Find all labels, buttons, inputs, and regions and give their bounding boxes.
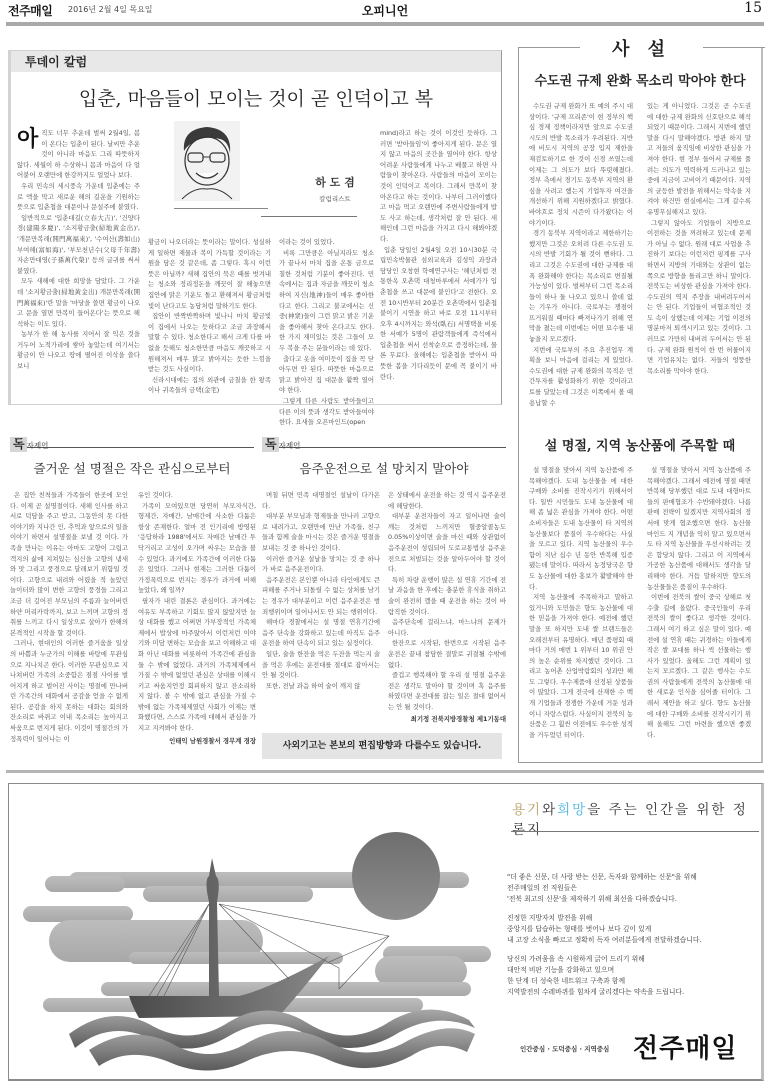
today-column-label: 투데이 칼럼: [25, 55, 87, 69]
reader-column-left: 독자제언 즐거운 설 명절은 작은 관심으로부터 온 집안 친척들과 가족들이 …: [10, 433, 254, 477]
disclaimer-notice: 사외기고는 본보의 편집방향과 다를수도 있습니다.: [262, 733, 502, 759]
slogan-underline: [511, 831, 759, 832]
ship-illustration: [9, 784, 499, 1080]
author-portrait-image: [174, 121, 240, 201]
today-column-article: 투데이 칼럼 입춘, 마음들이 모이는 것이 곧 인덕이고 복 아 직도 너무 …: [8, 50, 502, 405]
reader-right-col1: 며칠 뒤면 민족 대명절인 설날이 다가온다. 대부분 부모님과 형제들을 만나…: [262, 490, 380, 691]
reader-right-col2: 은 상태에서 운전을 하는 것 역시 음주운전에 해당한다. 대부분 운전자들이…: [388, 490, 506, 725]
portrait-divider: [174, 208, 268, 209]
dropcap: 아: [17, 128, 38, 150]
page-number: 15: [744, 0, 762, 16]
author-divider: [261, 216, 357, 217]
today-column-col3: 이라는 것이 있었다. 비록 그만큼은 아닐지라도 청소가 끝나서 마치 집을 …: [279, 237, 374, 428]
today-column-col1: 아 직도 너무 추운데 벌써 2월4일, 봄이 온다는 입춘이 된다. 날씨만 …: [17, 128, 140, 372]
ad-slogan: 용기와희망을 주는 인간을 위한 정론지: [512, 798, 761, 838]
reader-tag: 독자제언: [262, 433, 506, 448]
ad-paragraph-2: 진정한 지방자치 발전을 위해 중앙지를 답습하는 형태를 벗어나 보다 깊이 …: [507, 913, 702, 946]
reader-tag: 독자제언: [10, 433, 254, 448]
editorial-label: 사 설: [518, 35, 765, 61]
reader-left-byline: 인태익 남원경찰서 경무계 경장: [138, 736, 256, 747]
header-line-right: [703, 47, 765, 48]
reader-right-headline: 음주운전으로 설 망치지 말아야: [262, 459, 506, 477]
editorial-headline-2: 설 명절, 지역 농산품에 주목할 때: [519, 435, 761, 454]
editorial-1-col2: 있는 게 아니었다. 그것은 곧 수도권에 대한 규제 완화의 신호탄으로 해석…: [647, 101, 751, 376]
reader-column-right: 독자제언 음주운전으로 설 망치지 말아야 며칠 뒤면 민족 대명절인 설날이 …: [262, 433, 506, 477]
masthead-divider: [6, 22, 764, 26]
ad-motto: 인간중심 · 도덕중심 · 지역중심: [520, 1044, 609, 1053]
editorial-1-col1: 수도권 규제 완화가 또 예의 주시 대상이다. '규제 프리존'이 현 정부의…: [529, 101, 633, 408]
brand-logo: 전주매일: [633, 1028, 737, 1065]
reader-right-byline: 최기정 전북지방경찰청 제1기동대: [388, 714, 506, 725]
editorial-headline-1: 수도권 규제 완화 목소리 막아야 한다: [519, 70, 761, 89]
today-column-col4: mind)라고 하는 것이 이것인 듯하다. 그러면 '받아들임'이 좋아지게 …: [380, 128, 497, 382]
section-title: 오피니언: [6, 2, 764, 19]
section-divider: [6, 770, 764, 773]
reader-left-col1: 온 집안 친척들과 가족들이 한곳에 모인다. 이제 곧 설명절이다. 새해 인…: [10, 490, 128, 744]
editorial-2-col1: 설 명절을 맞아서 지역 농산품에 주목해야겠다. 도내 농산물을 에 대한 구…: [529, 465, 633, 740]
author-role: 칼럼리스트: [305, 194, 365, 203]
today-column-bar: 투데이 칼럼: [11, 51, 501, 72]
reader-left-headline: 즐거운 설 명절은 작은 관심으로부터: [10, 459, 254, 477]
reader-left-col2: 유인 것이다. 가족이 모여있으면 당연히 부모자식간, 형제간, 자매간, 남…: [138, 490, 256, 746]
today-column-col2: 황금이 나오더라는 뜻이라는 말이다. 성실하게 일하면 재물과 복이 가득할 …: [148, 237, 271, 396]
author-name: 하 도 겸: [305, 174, 365, 190]
editorial-2-col2: 설 명절을 맞아서 지역 농산품에 주목해야겠다. 그래서 예전에 명절 때면 …: [647, 465, 751, 740]
ad-paragraph-1: "더 좋은 신문, 더 사랑 받는 신문, 독자와 함께하는 신문"을 위해 전…: [507, 872, 697, 905]
editorial-section: 사 설 수도권 규제 완화 목소리 막아야 한다 수도권 규제 완화가 또 예의…: [518, 47, 763, 763]
masthead: 전주매일 2016년 2월 4일 목요일 오피니언 15: [6, 0, 764, 20]
today-column-headline: 입춘, 마음들이 모이는 것이 곧 인덕이고 복: [11, 84, 501, 111]
editorial-header: 사 설: [518, 41, 765, 63]
ad-paragraph-3: 당신의 가려움을 속 시원하게 긁어 드리기 위해 대안적 비판 기능을 강화하…: [507, 954, 684, 998]
